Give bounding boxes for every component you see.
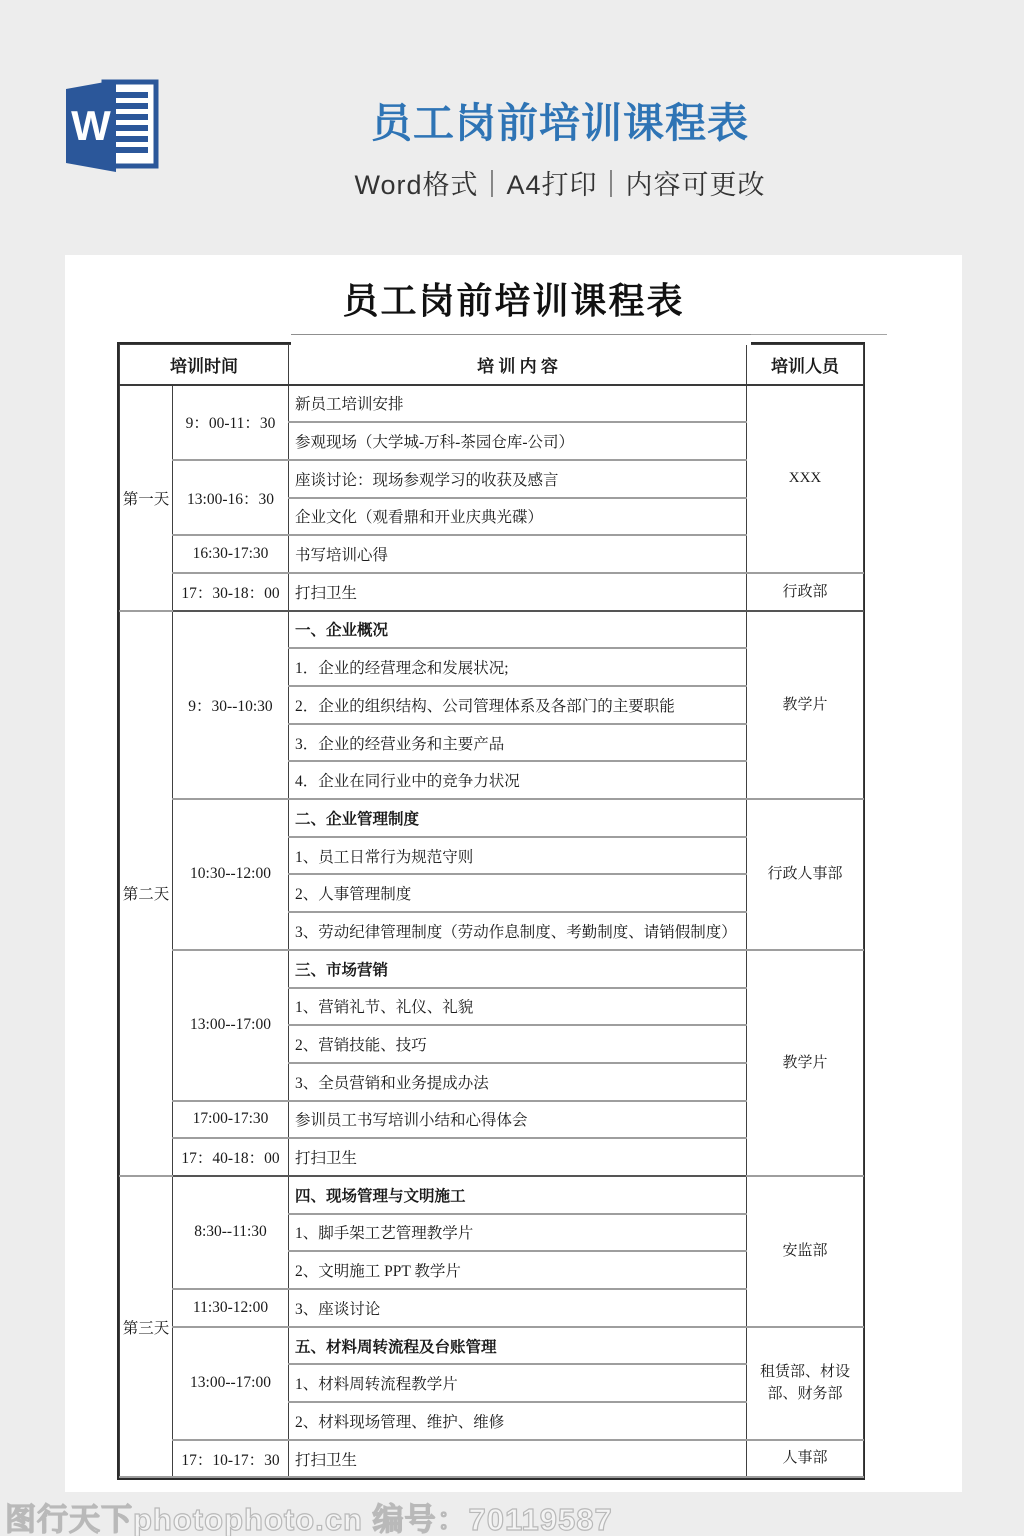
content-cell: 4．企业在同行业中的竞争力状况	[289, 761, 747, 799]
schedule-table-wrap: 培训时间 培 训 内 容 培训人员 第一天9：00-11：30新员工培训安排XX…	[117, 342, 865, 1480]
table-row: 17：30-18：00打扫卫生行政部	[120, 573, 864, 611]
content-cell: 2、营销技能、技巧	[289, 1025, 747, 1063]
screenshot-root: W 员工岗前培训课程表 Word格式｜A4打印｜内容可更改 员工岗前培训课程表 …	[0, 0, 1024, 1536]
time-cell: 17:00-17:30	[173, 1101, 289, 1139]
time-cell: 11:30-12:00	[173, 1289, 289, 1327]
table-row: 第三天8:30--11:30四、现场管理与文明施工安监部	[120, 1176, 864, 1214]
banner-title: 员工岗前培训课程表	[160, 90, 960, 149]
document-page: 员工岗前培训课程表 培训时间 培 训 内 容 培训人员 第一天9：00-11：3…	[65, 255, 962, 1492]
header-training-time: 培训时间	[120, 345, 289, 385]
table-row: 13:00--17:00三、市场营销教学片	[120, 950, 864, 988]
time-cell: 17：10-17：30	[173, 1440, 289, 1478]
content-cell: 新员工培训安排	[289, 385, 747, 423]
content-cell: 2、文明施工 PPT 教学片	[289, 1251, 747, 1289]
content-cell: 2．企业的组织结构、公司管理体系及各部门的主要职能	[289, 686, 747, 724]
content-cell: 参训员工书写培训小结和心得体会	[289, 1101, 747, 1139]
content-cell: 参观现场（大学城-万科-茶园仓库-公司）	[289, 422, 747, 460]
personnel-cell: XXX	[747, 385, 864, 573]
personnel-cell: 行政部	[747, 573, 864, 611]
content-cell: 2、人事管理制度	[289, 874, 747, 912]
content-cell: 打扫卫生	[289, 573, 747, 611]
content-cell: 企业文化（观看鼎和开业庆典光碟）	[289, 498, 747, 536]
time-cell: 13:00--17:00	[173, 1327, 289, 1440]
banner-text: 员工岗前培训课程表 Word格式｜A4打印｜内容可更改	[160, 0, 960, 202]
schedule-body: 第一天9：00-11：30新员工培训安排XXX参观现场（大学城-万科-茶园仓库-…	[120, 385, 864, 1478]
header-row: 培训时间 培 训 内 容 培训人员	[120, 345, 864, 385]
table-top-notch-line	[751, 334, 887, 335]
content-cell: 1、员工日常行为规范守则	[289, 837, 747, 875]
table-row: 13:00--17:00五、材料周转流程及台账管理租赁部、材设部、财务部	[120, 1327, 864, 1365]
content-cell: 书写培训心得	[289, 535, 747, 573]
personnel-cell: 人事部	[747, 1440, 864, 1478]
content-cell: 1、材料周转流程教学片	[289, 1364, 747, 1402]
content-cell: 3．企业的经营业务和主要产品	[289, 724, 747, 762]
time-cell: 13:00-16：30	[173, 460, 289, 535]
content-cell: 座谈讨论：现场参观学习的收获及感言	[289, 460, 747, 498]
table-row: 10:30--12:00二、企业管理制度行政人事部	[120, 799, 864, 837]
banner-subtitle: Word格式｜A4打印｜内容可更改	[160, 163, 960, 202]
content-cell: 1．企业的经营理念和发展状况;	[289, 648, 747, 686]
content-cell: 打扫卫生	[289, 1440, 747, 1478]
day-cell: 第三天	[120, 1176, 173, 1478]
day-cell: 第一天	[120, 385, 173, 611]
day-cell: 第二天	[120, 611, 173, 1176]
content-cell: 3、全员营销和业务提成办法	[289, 1063, 747, 1101]
word-logo-graphic: W	[62, 76, 164, 176]
personnel-cell: 教学片	[747, 950, 864, 1176]
time-cell: 10:30--12:00	[173, 799, 289, 950]
banner: W 员工岗前培训课程表 Word格式｜A4打印｜内容可更改	[0, 0, 1024, 255]
svg-text:W: W	[71, 102, 111, 149]
schedule-table: 培训时间 培 训 内 容 培训人员 第一天9：00-11：30新员工培训安排XX…	[119, 344, 864, 1478]
personnel-cell: 教学片	[747, 611, 864, 799]
time-cell: 9：30--10:30	[173, 611, 289, 799]
personnel-cell: 安监部	[747, 1176, 864, 1327]
content-cell: 四、现场管理与文明施工	[289, 1176, 747, 1214]
table-top-notch	[291, 334, 751, 345]
content-cell: 2、材料现场管理、维护、维修	[289, 1402, 747, 1440]
content-cell: 二、企业管理制度	[289, 799, 747, 837]
word-icon: W	[62, 76, 164, 176]
table-row: 第二天9：30--10:30一、企业概况教学片	[120, 611, 864, 649]
page-title: 员工岗前培训课程表	[65, 273, 962, 324]
header-training-personnel: 培训人员	[747, 345, 864, 385]
time-cell: 17：30-18：00	[173, 573, 289, 611]
personnel-cell: 租赁部、材设部、财务部	[747, 1327, 864, 1440]
content-cell: 一、企业概况	[289, 611, 747, 649]
time-cell: 16:30-17:30	[173, 535, 289, 573]
time-cell: 13:00--17:00	[173, 950, 289, 1101]
content-cell: 1、脚手架工艺管理教学片	[289, 1214, 747, 1252]
header-training-content: 培 训 内 容	[289, 345, 747, 385]
personnel-cell: 行政人事部	[747, 799, 864, 950]
content-cell: 打扫卫生	[289, 1138, 747, 1176]
watermark-text: 图行天下photophoto.cn 编号：70119587	[5, 1494, 613, 1536]
content-cell: 3、座谈讨论	[289, 1289, 747, 1327]
content-cell: 1、营销礼节、礼仪、礼貌	[289, 988, 747, 1026]
content-cell: 五、材料周转流程及台账管理	[289, 1327, 747, 1365]
table-row: 17：10-17：30打扫卫生人事部	[120, 1440, 864, 1478]
table-row: 第一天9：00-11：30新员工培训安排XXX	[120, 385, 864, 423]
time-cell: 9：00-11：30	[173, 385, 289, 460]
content-cell: 三、市场营销	[289, 950, 747, 988]
time-cell: 8:30--11:30	[173, 1176, 289, 1289]
time-cell: 17：40-18：00	[173, 1138, 289, 1176]
content-cell: 3、劳动纪律管理制度（劳动作息制度、考勤制度、请销假制度）	[289, 912, 747, 950]
